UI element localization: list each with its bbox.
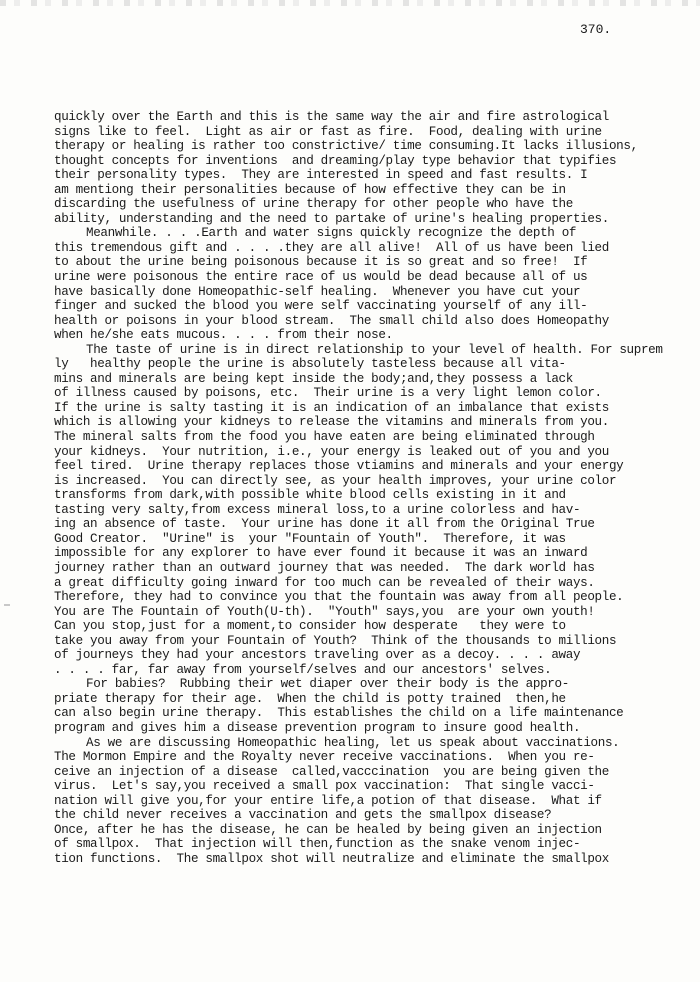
text-line: journey rather than an outward journey t… — [54, 561, 700, 576]
text-line: of journeys they had your ancestors trav… — [54, 648, 700, 663]
text-line: The taste of urine is in direct relation… — [54, 343, 700, 358]
text-line: therapy or healing is rather too constri… — [54, 139, 700, 154]
scan-artifact-margin-mark — [4, 604, 10, 606]
page-number: 370. — [580, 22, 611, 37]
document-body: quickly over the Earth and this is the s… — [54, 110, 700, 866]
text-line: If the urine is salty tasting it is an i… — [54, 401, 700, 416]
text-line: . . . . far, far away from yourself/selv… — [54, 663, 700, 678]
text-line: impossible for any explorer to have ever… — [54, 546, 700, 561]
text-line: their personality types. They are intere… — [54, 168, 700, 183]
text-line: virus. Let's say,you received a small po… — [54, 779, 700, 794]
text-line: As we are discussing Homeopathic healing… — [54, 736, 700, 751]
text-line: tion functions. The smallpox shot will n… — [54, 852, 700, 867]
text-line: program and gives him a disease preventi… — [54, 721, 700, 736]
text-line: ing an absence of taste. Your urine has … — [54, 517, 700, 532]
text-line: transforms from dark,with possible white… — [54, 488, 700, 503]
text-line: mins and minerals are being kept inside … — [54, 372, 700, 387]
text-line: the child never receives a vaccination a… — [54, 808, 700, 823]
text-line: ability, understanding and the need to p… — [54, 212, 700, 227]
text-line: finger and sucked the blood you were sel… — [54, 299, 700, 314]
text-line: feel tired. Urine therapy replaces those… — [54, 459, 700, 474]
text-line: which is allowing your kidneys to releas… — [54, 415, 700, 430]
text-line: urine were poisonous the entire race of … — [54, 270, 700, 285]
text-line: to about the urine being poisonous becau… — [54, 255, 700, 270]
text-line: this tremendous gift and . . . .they are… — [54, 241, 700, 256]
text-line: can also begin urine therapy. This estab… — [54, 706, 700, 721]
text-line: You are The Fountain of Youth(U-th). "Yo… — [54, 605, 700, 620]
text-line: have basically done Homeopathic-self hea… — [54, 285, 700, 300]
text-line: a great difficulty going inward for too … — [54, 576, 700, 591]
text-line: discarding the usefulness of urine thera… — [54, 197, 700, 212]
text-line: For babies? Rubbing their wet diaper ove… — [54, 677, 700, 692]
scan-artifact-top — [0, 0, 700, 6]
text-line: nation will give you,for your entire lif… — [54, 794, 700, 809]
text-line: your kidneys. Your nutrition, i.e., your… — [54, 445, 700, 460]
text-line: Good Creator. "Urine" is your "Fountain … — [54, 532, 700, 547]
text-line: of illness caused by poisons, etc. Their… — [54, 386, 700, 401]
text-line: ly healthy people the urine is absolutel… — [54, 357, 700, 372]
text-line: when he/she eats mucous. . . . from thei… — [54, 328, 700, 343]
text-line: am mentiong their personalities because … — [54, 183, 700, 198]
text-line: quickly over the Earth and this is the s… — [54, 110, 700, 125]
text-line: ceive an injection of a disease called,v… — [54, 765, 700, 780]
text-line: tasting very salty,from excess mineral l… — [54, 503, 700, 518]
text-line: Once, after he has the disease, he can b… — [54, 823, 700, 838]
text-line: Can you stop,just for a moment,to consid… — [54, 619, 700, 634]
text-line: is increased. You can directly see, as y… — [54, 474, 700, 489]
text-line: priate therapy for their age. When the c… — [54, 692, 700, 707]
text-line: The mineral salts from the food you have… — [54, 430, 700, 445]
text-line: The Mormon Empire and the Royalty never … — [54, 750, 700, 765]
text-line: take you away from your Fountain of Yout… — [54, 634, 700, 649]
text-line: of smallpox. That injection will then,fu… — [54, 837, 700, 852]
text-line: thought concepts for inventions and drea… — [54, 154, 700, 169]
text-line: signs like to feel. Light as air or fast… — [54, 125, 700, 140]
text-line: health or poisons in your blood stream. … — [54, 314, 700, 329]
text-line: Meanwhile. . . .Earth and water signs qu… — [54, 226, 700, 241]
text-line: Therefore, they had to convince you that… — [54, 590, 700, 605]
